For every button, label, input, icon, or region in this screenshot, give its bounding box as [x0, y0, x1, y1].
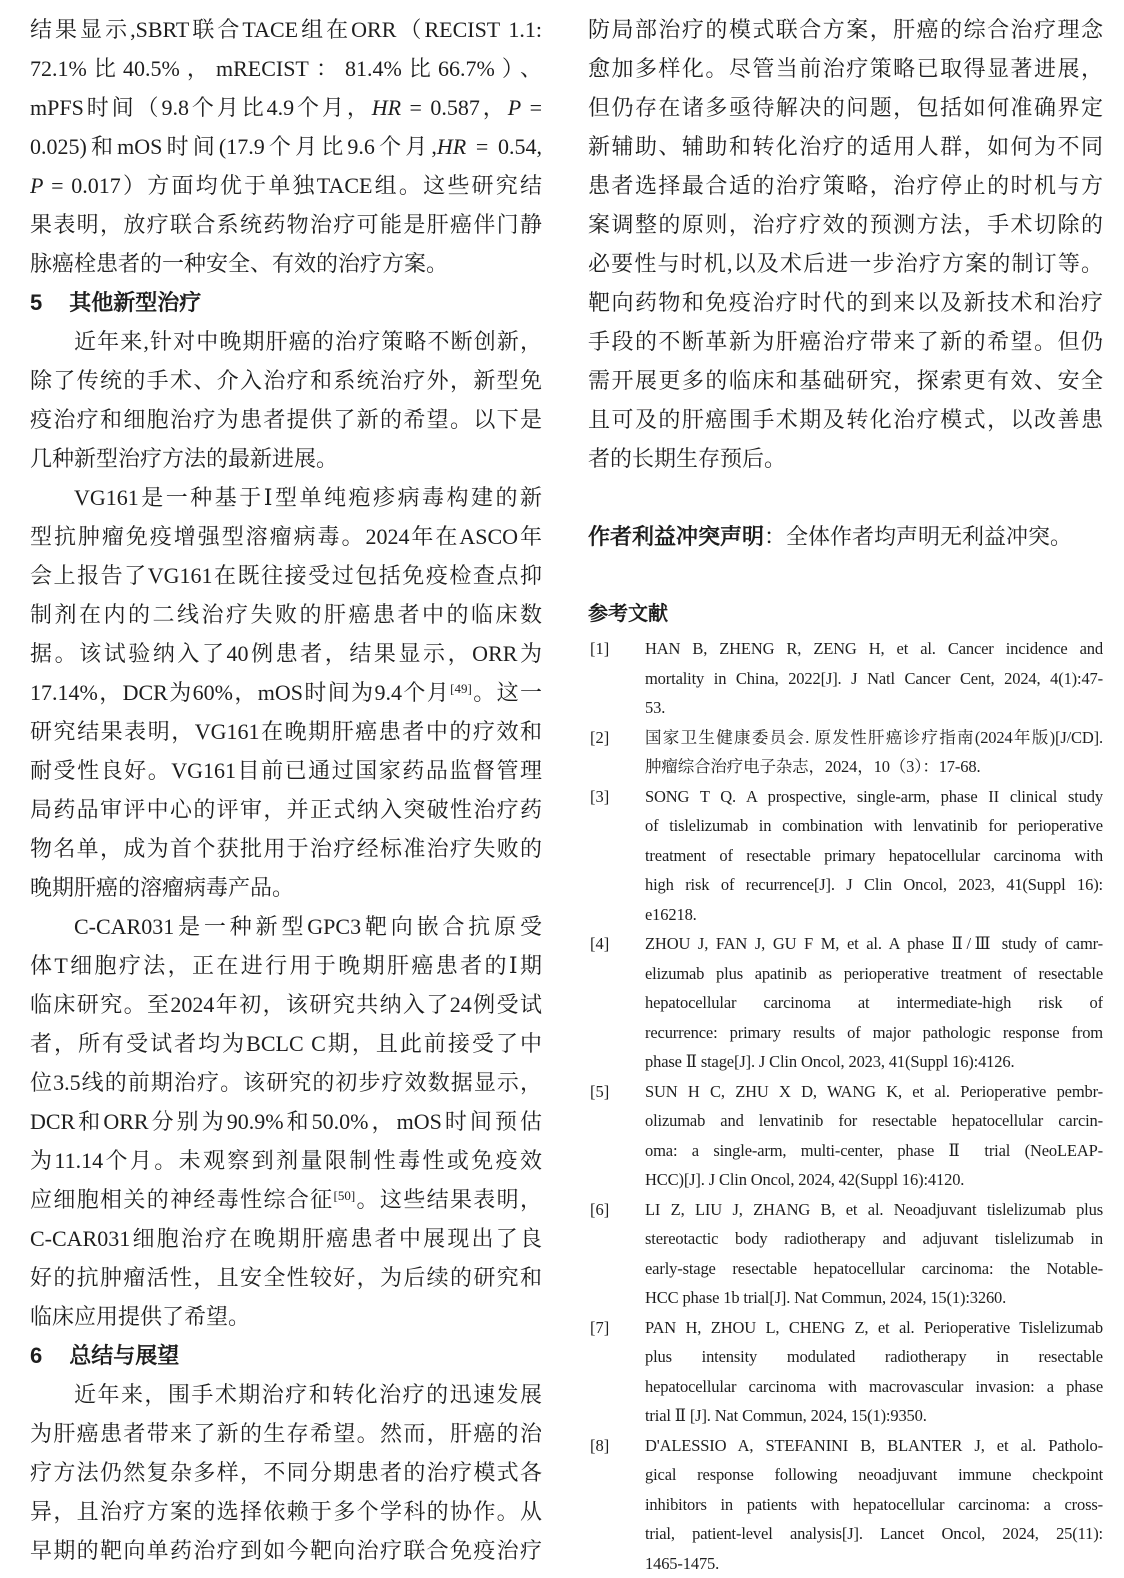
paragraph: 近年来，围手术期治疗和转化治疗的迅速发展为肝癌患者带来了新的生存希望。然而，肝癌… — [30, 1375, 542, 1570]
text-line: 好的抗肿瘤活性，且安全性较好，为后续的研究和 — [30, 1258, 542, 1297]
reference-item: [1]HAN B, ZHENG R, ZENG H, et al. Cancer… — [588, 634, 1103, 723]
italic-text: HR — [372, 95, 401, 120]
text-line: 脉癌栓患者的一种安全、有效的治疗方案。 — [30, 244, 542, 283]
references-heading: 参考文献 — [588, 595, 1103, 634]
reference-line: 1465-1475. — [645, 1549, 1103, 1578]
reference-line: oma: a single-arm, multi-center, phase Ⅱ… — [645, 1136, 1103, 1166]
reference-line: recurrence: primary results of major pat… — [645, 1018, 1103, 1048]
reference-line: PAN H, ZHOU L, CHENG Z, et al. Periopera… — [645, 1313, 1103, 1343]
section-number: 6 — [30, 1336, 42, 1375]
reference-number: [8] — [590, 1431, 609, 1461]
text-line: VG161是一种基于Ⅰ型单纯疱疹病毒构建的新 — [30, 478, 542, 517]
paragraph: 结果显示,SBRT联合TACE组在ORR（RECIST 1.1:72.1%比40… — [30, 10, 542, 283]
reference-number: [7] — [590, 1313, 609, 1343]
text-line: 物名单，成为首个获批用于治疗经标准治疗失败的 — [30, 829, 542, 868]
text-line: 应细胞相关的神经毒性综合征[50]。这些结果表明， — [30, 1180, 542, 1219]
paper-page: 结果显示,SBRT联合TACE组在ORR（RECIST 1.1:72.1%比40… — [0, 0, 1124, 1578]
text-line: 型抗肿瘤免疫增强型溶瘤病毒。2024年在ASCO年 — [30, 517, 542, 556]
reference-line: elizumab plus apatinib as perioperative … — [645, 959, 1103, 989]
text-line: 异，且治疗方案的选择依赖于多个学科的协作。从 — [30, 1492, 542, 1531]
reference-line: 国家卫生健康委员会. 原发性肝癌诊疗指南(2024年版)[J/CD]. — [645, 723, 1103, 753]
reference-number: [3] — [590, 782, 609, 812]
text-line: 愈加多样化。尽管当前治疗策略已取得显著进展， — [588, 49, 1103, 88]
citation-superscript: [50] — [334, 1188, 356, 1203]
section-number: 5 — [30, 283, 42, 322]
paragraph: C-CAR031是一种新型GPC3靶向嵌合抗原受体T细胞疗法，正在进行用于晚期肝… — [30, 907, 542, 1336]
text-line: 临床研究。至2024年初，该研究共纳入了24例受试 — [30, 985, 542, 1024]
text-line: 早期的靶向单药治疗到如今靶向治疗联合免疫治疗 — [30, 1531, 542, 1570]
text-line: 近年来,针对中晚期肝癌的治疗策略不断创新， — [30, 322, 542, 361]
text-line: 疗方法仍然复杂多样，不同分期患者的治疗模式各 — [30, 1453, 542, 1492]
reference-line: hepatocellular carcinoma with macrovascu… — [645, 1372, 1103, 1402]
text-line: 体T细胞疗法，正在进行用于晚期肝癌患者的Ⅰ期 — [30, 946, 542, 985]
text-line: 0.025)和mOS时间(17.9个月比9.6个月,HR = 0.54, — [30, 127, 542, 166]
reference-line: olizumab and lenvatinib for resectable h… — [645, 1106, 1103, 1136]
reference-number: [5] — [590, 1077, 609, 1107]
text-line: 但仍存在诸多亟待解决的问题，包括如何准确界定 — [588, 88, 1103, 127]
text-line: 者的长期生存预后。 — [588, 439, 1103, 478]
reference-number: [1] — [590, 634, 609, 664]
reference-line: HAN B, ZHENG R, ZENG H, et al. Cancer in… — [645, 634, 1103, 664]
italic-text: P — [508, 95, 521, 120]
bold-label: 作者利益冲突声明 — [588, 524, 764, 549]
paragraph: VG161是一种基于Ⅰ型单纯疱疹病毒构建的新型抗肿瘤免疫增强型溶瘤病毒。2024… — [30, 478, 542, 907]
reference-line: SONG T Q. A prospective, single-arm, pha… — [645, 782, 1103, 812]
text-line: 近年来，围手术期治疗和转化治疗的迅速发展 — [30, 1375, 542, 1414]
reference-line: gical response following neoadjuvant imm… — [645, 1460, 1103, 1490]
text-line: 疫治疗和细胞治疗为患者提供了新的希望。以下是 — [30, 400, 542, 439]
reference-line: trial Ⅱ [J]. Nat Commun, 2024, 15(1):935… — [645, 1401, 1103, 1431]
text-line: 临床应用提供了希望。 — [30, 1297, 542, 1336]
text-line: 结果显示,SBRT联合TACE组在ORR（RECIST 1.1: — [30, 10, 542, 49]
text-line: 者，所有受试者均为BCLC C期，且此前接受了中 — [30, 1024, 542, 1063]
reference-line: trial, patient-level analysis[J]. Lancet… — [645, 1519, 1103, 1549]
reference-text: PAN H, ZHOU L, CHENG Z, et al. Periopera… — [645, 1313, 1103, 1431]
reference-line: early-stage resectable hepatocellular ca… — [645, 1254, 1103, 1284]
paragraph: 防局部治疗的模式联合方案，肝癌的综合治疗理念愈加多样化。尽管当前治疗策略已取得显… — [588, 10, 1103, 478]
italic-text: P — [30, 173, 43, 198]
reference-line: 肿瘤综合治疗电子杂志，2024，10（3）：17-68. — [645, 752, 1103, 782]
reference-item: [8]D'ALESSIO A, STEFANINI B, BLANTER J, … — [588, 1431, 1103, 1578]
text-line: 据。该试验纳入了40例患者，结果显示，ORR为 — [30, 634, 542, 673]
text-line: 且可及的肝癌围手术期及转化治疗模式，以改善患 — [588, 400, 1103, 439]
reference-item: [5]SUN H C, ZHU X D, WANG K, et al. Peri… — [588, 1077, 1103, 1195]
text-line: DCR和ORR分别为90.9%和50.0%，mOS时间预估 — [30, 1102, 542, 1141]
reference-line: e16218. — [645, 900, 1103, 930]
vertical-spacer — [588, 556, 1103, 595]
text-line: P = 0.017）方面均优于单独TACE组。这些研究结 — [30, 166, 542, 205]
text-line: 研究结果表明，VG161在晚期肝癌患者中的疗效和 — [30, 712, 542, 751]
reference-number: [4] — [590, 929, 609, 959]
text-line: 果表明，放疗联合系统药物治疗可能是肝癌伴门静 — [30, 205, 542, 244]
reference-line: HCC phase 1b trial[J]. Nat Commun, 2024,… — [645, 1283, 1103, 1313]
section-heading: 5其他新型治疗 — [30, 283, 542, 322]
reference-line: HCC)[J]. J Clin Oncol, 2024, 42(Suppl 16… — [645, 1165, 1103, 1195]
paragraph: 近年来,针对中晚期肝癌的治疗策略不断创新，除了传统的手术、介入治疗和系统治疗外，… — [30, 322, 542, 478]
reference-item: [2]国家卫生健康委员会. 原发性肝癌诊疗指南(2024年版)[J/CD].肿瘤… — [588, 723, 1103, 782]
reference-line: plus intensity modulated radiotherapy in… — [645, 1342, 1103, 1372]
reference-text: HAN B, ZHENG R, ZENG H, et al. Cancer in… — [645, 634, 1103, 723]
text-line: 患者选择最合适的治疗策略，治疗停止的时机与方 — [588, 166, 1103, 205]
right-column: 防局部治疗的模式联合方案，肝癌的综合治疗理念愈加多样化。尽管当前治疗策略已取得显… — [588, 10, 1103, 1578]
reference-line: mortality in China, 2022[J]. J Natl Canc… — [645, 664, 1103, 694]
text-line: 必要性与时机,以及术后进一步治疗方案的制订等。 — [588, 244, 1103, 283]
reference-number: [2] — [590, 723, 609, 753]
text-line: 72.1%比40.5%，mRECIST：81.4%比66.7%）、 — [30, 49, 542, 88]
reference-text: LI Z, LIU J, ZHANG B, et al. Neoadjuvant… — [645, 1195, 1103, 1313]
text-line: 制剂在内的二线治疗失败的肝癌患者中的临床数 — [30, 595, 542, 634]
text-line: 局药品审评中心的评审，并正式纳入突破性治疗药 — [30, 790, 542, 829]
text-line: 新辅助、辅助和转化治疗的适用人群，如何为不同 — [588, 127, 1103, 166]
reference-text: SONG T Q. A prospective, single-arm, pha… — [645, 782, 1103, 930]
text-line: 17.14%，DCR为60%，mOS时间为9.4个月[49]。这一 — [30, 673, 542, 712]
text-line: 晚期肝癌的溶瘤病毒产品。 — [30, 868, 542, 907]
reference-line: LI Z, LIU J, ZHANG B, et al. Neoadjuvant… — [645, 1195, 1103, 1225]
section-heading: 6总结与展望 — [30, 1336, 542, 1375]
text-line: 会上报告了VG161在既往接受过包括免疫检查点抑 — [30, 556, 542, 595]
reference-text: SUN H C, ZHU X D, WANG K, et al. Periope… — [645, 1077, 1103, 1195]
italic-text: HR — [437, 134, 466, 159]
reference-line: ZHOU J, FAN J, GU F M, et al. A phase Ⅱ/… — [645, 929, 1103, 959]
text-line: 除了传统的手术、介入治疗和系统治疗外，新型免 — [30, 361, 542, 400]
section-title: 总结与展望 — [69, 1343, 179, 1368]
text-line: C-CAR031细胞治疗在晚期肝癌患者中展现出了良 — [30, 1219, 542, 1258]
reference-line: SUN H C, ZHU X D, WANG K, et al. Periope… — [645, 1077, 1103, 1107]
reference-text: D'ALESSIO A, STEFANINI B, BLANTER J, et … — [645, 1431, 1103, 1578]
text-line: 靶向药物和免疫治疗时代的到来以及新技术和治疗 — [588, 283, 1103, 322]
reference-line: hepatocellular carcinoma at intermediate… — [645, 988, 1103, 1018]
reference-line: 53. — [645, 693, 1103, 723]
text-line: 手段的不断革新为肝癌治疗带来了新的希望。但仍 — [588, 322, 1103, 361]
reference-number: [6] — [590, 1195, 609, 1225]
conflict-of-interest-statement: 作者利益冲突声明：全体作者均声明无利益冲突。 — [588, 517, 1103, 556]
reference-line: high risk of recurrence[J]. J Clin Oncol… — [645, 870, 1103, 900]
text-line: 几种新型治疗方法的最新进展。 — [30, 439, 542, 478]
reference-line: inhibitors in patients with hepatocellul… — [645, 1490, 1103, 1520]
text-line: C-CAR031是一种新型GPC3靶向嵌合抗原受 — [30, 907, 542, 946]
text-line: mPFS时间（9.8个月比4.9个月，HR = 0.587，P = — [30, 88, 542, 127]
left-column: 结果显示,SBRT联合TACE组在ORR（RECIST 1.1:72.1%比40… — [30, 10, 542, 1570]
citation-superscript: [49] — [450, 681, 472, 696]
reference-text: ZHOU J, FAN J, GU F M, et al. A phase Ⅱ/… — [645, 929, 1103, 1077]
reference-text: 国家卫生健康委员会. 原发性肝癌诊疗指南(2024年版)[J/CD].肿瘤综合治… — [645, 723, 1103, 782]
reference-line: of tislelizumab in combination with lenv… — [645, 811, 1103, 841]
text-line: 为肝癌患者带来了新的生存希望。然而，肝癌的治 — [30, 1414, 542, 1453]
reference-line: treatment of resectable primary hepatoce… — [645, 841, 1103, 871]
reference-item: [3]SONG T Q. A prospective, single-arm, … — [588, 782, 1103, 930]
section-title: 其他新型治疗 — [69, 290, 201, 315]
reference-item: [6]LI Z, LIU J, ZHANG B, et al. Neoadjuv… — [588, 1195, 1103, 1313]
reference-line: stereotactic body radiotherapy and adjuv… — [645, 1224, 1103, 1254]
reference-item: [7]PAN H, ZHOU L, CHENG Z, et al. Periop… — [588, 1313, 1103, 1431]
text-line: 防局部治疗的模式联合方案，肝癌的综合治疗理念 — [588, 10, 1103, 49]
vertical-spacer — [588, 478, 1103, 517]
text-line: 需开展更多的临床和基础研究，探索更有效、安全 — [588, 361, 1103, 400]
reference-line: phase Ⅱ stage[J]. J Clin Oncol, 2023, 41… — [645, 1047, 1103, 1077]
reference-line: D'ALESSIO A, STEFANINI B, BLANTER J, et … — [645, 1431, 1103, 1461]
text-line: 为11.14个月。未观察到剂量限制性毒性或免疫效 — [30, 1141, 542, 1180]
text-line: 案调整的原则，治疗疗效的预测方法，手术切除的 — [588, 205, 1103, 244]
text-line: 位3.5线的前期治疗。该研究的初步疗效数据显示， — [30, 1063, 542, 1102]
text-line: 耐受性良好。VG161目前已通过国家药品监督管理 — [30, 751, 542, 790]
reference-item: [4]ZHOU J, FAN J, GU F M, et al. A phase… — [588, 929, 1103, 1077]
